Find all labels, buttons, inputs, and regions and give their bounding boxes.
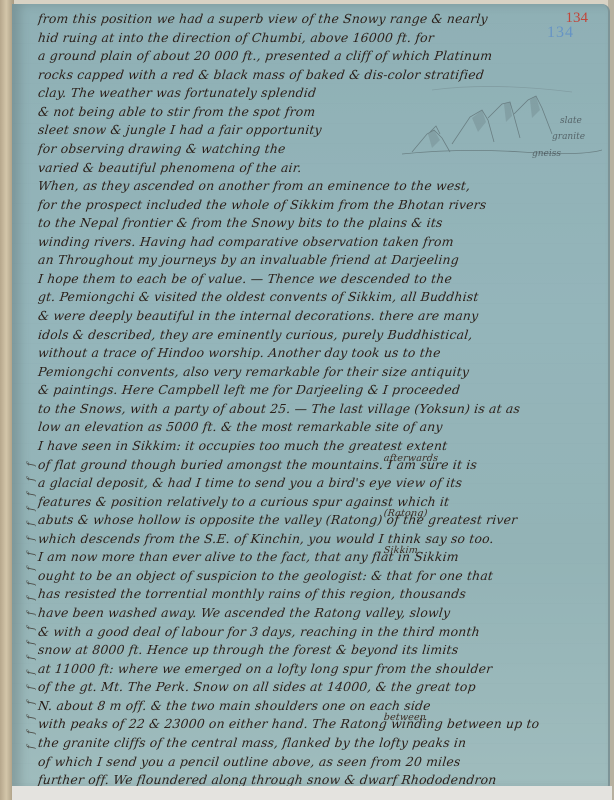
text-line: has resisted the torrential monthly rain… (37, 585, 614, 604)
interlinear-insertion: Sikkim (383, 542, 419, 561)
text-line: the granite cliffs of the central mass, … (37, 734, 614, 753)
text-line: & were deeply beautiful in the internal … (37, 307, 614, 326)
text-line: clay. The weather was fortunately splend… (37, 84, 614, 103)
text-line: a glacial deposit, & had I time to send … (37, 474, 614, 493)
text-line: I hope them to each be of value. — Thenc… (37, 270, 614, 289)
text-line: have been washed away. We ascended the R… (37, 604, 614, 623)
text-line: of the gt. Mt. The Perk. Snow on all sid… (37, 678, 614, 697)
text-line: & with a good deal of labour for 3 days,… (37, 623, 614, 642)
interlinear-insertion: afterwards (383, 449, 439, 468)
interlinear-insertion: between (383, 709, 427, 728)
text-line: features & position relatively to a curi… (37, 493, 614, 512)
text-line: snow at 8000 ft. Hence up through the fo… (37, 641, 614, 660)
text-line: I am now more than ever alive to the fac… (37, 548, 614, 567)
text-line: hid ruing at into the direction of Chumb… (37, 29, 614, 48)
text-line: for observing drawing & watching the (37, 140, 369, 159)
text-line: to the Snows, with a party of about 25. … (37, 400, 614, 419)
text-line: sleet snow & jungle I had a fair opportu… (37, 121, 369, 140)
text-line: rocks capped with a red & black mass of … (37, 66, 614, 85)
text-line: gt. Pemiongchi & visited the oldest conv… (37, 288, 614, 307)
text-line: for the prospect included the whole of S… (37, 196, 614, 215)
text-line: of flat ground though buried amongst the… (37, 456, 614, 475)
text-line: low an elevation as 5000 ft. & the most … (37, 418, 614, 437)
text-line: from this position we had a superb view … (37, 10, 614, 29)
text-line: with peaks of 22 & 23000 on either hand.… (37, 715, 614, 734)
text-line: at 11000 ft: where we emerged on a lofty… (37, 660, 614, 679)
text-line: which descends from the S.E. of Kinchin,… (37, 530, 614, 549)
manuscript-text-body: from this position we had a superb view … (38, 10, 613, 790)
text-line: & paintings. Here Campbell left me for D… (37, 381, 614, 400)
interlinear-insertion: (Ratong) (383, 505, 429, 524)
manuscript-page: 134 134 slate granite gneiss f f f f f f… (12, 4, 610, 791)
text-line: a ground plain of about 20 000 ft., pres… (37, 47, 614, 66)
text-line: to the Nepal frontier & from the Snowy b… (37, 214, 614, 233)
text-line: idols & described, they are eminently cu… (37, 326, 614, 345)
text-line: of which I send you a pencil outline abo… (37, 753, 614, 772)
page-bottom-edge (12, 786, 612, 800)
text-line: I have seen in Sikkim: it occupies too m… (37, 437, 614, 456)
text-line: ought to be an object of suspicion to th… (37, 567, 614, 586)
text-line: & not being able to stir from the spot f… (37, 103, 369, 122)
text-line: varied & beautiful phenomena of the air. (37, 159, 614, 178)
text-line: abuts & whose hollow is opposite the val… (37, 511, 614, 530)
text-line: without a trace of Hindoo worship. Anoth… (37, 344, 614, 363)
text-line: N. about 8 m off. & the two main shoulde… (37, 697, 614, 716)
text-line: When, as they ascended on another from a… (37, 177, 614, 196)
text-line: Pemiongchi convents, also very remarkabl… (37, 363, 614, 382)
text-line: an Throughout my journeys by an invaluab… (37, 251, 614, 270)
text-line: winding rivers. Having had comparative o… (37, 233, 614, 252)
